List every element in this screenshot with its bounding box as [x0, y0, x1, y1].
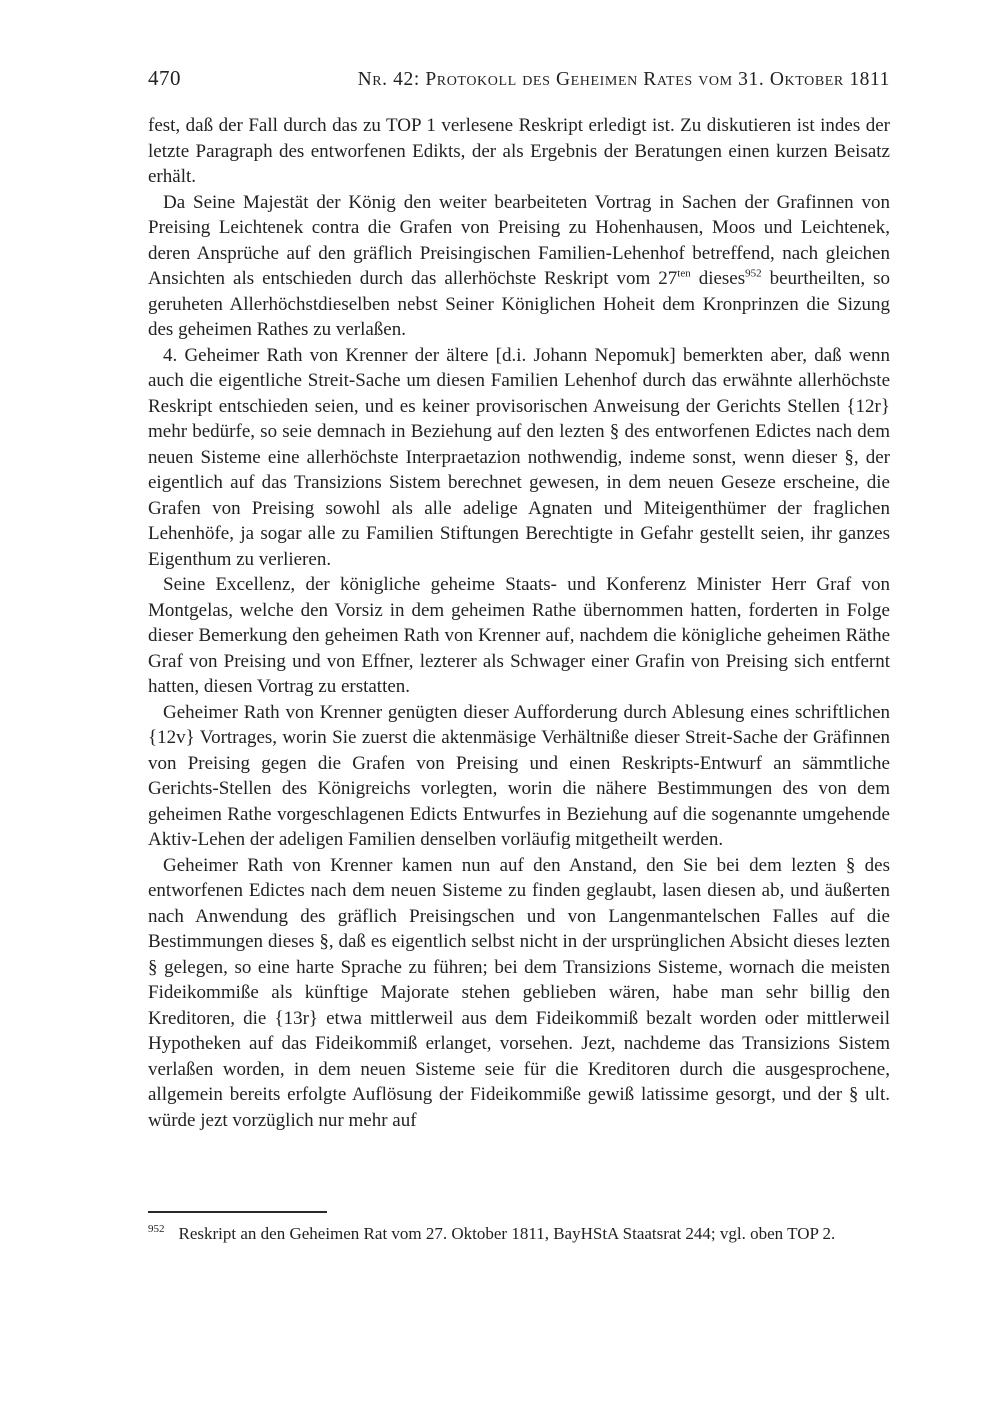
paragraph: Geheimer Rath von Krenner genügten diese… [148, 700, 890, 853]
footnote-marker: 952 [148, 1223, 165, 1235]
superscript-ordinal: ten [677, 268, 690, 280]
footnote-reference-952: 952 [745, 268, 762, 280]
paragraph-continuation: fest, daß der Fall durch das zu TOP 1 ve… [148, 113, 890, 190]
book-page: 470 Nr. 42: Protokoll des Geheimen Rates… [0, 0, 1004, 1418]
footnote: 952Reskript an den Geheimen Rat vom 27. … [148, 1223, 890, 1245]
paragraph: Da Seine Majestät der König den weiter b… [148, 190, 890, 343]
paragraph: Seine Excellenz, der königliche geheime … [148, 572, 890, 700]
paragraph-text: dieses [691, 268, 745, 289]
running-title: Nr. 42: Protokoll des Geheimen Rates vom… [358, 69, 890, 91]
paragraph: 4. Geheimer Rath von Krenner der ältere … [148, 343, 890, 573]
footnote-text: Reskript an den Geheimen Rat vom 27. Okt… [179, 1224, 836, 1243]
paragraph: Geheimer Rath von Krenner kamen nun auf … [148, 853, 890, 1134]
body-text-block: fest, daß der Fall durch das zu TOP 1 ve… [148, 113, 890, 1133]
running-head: 470 Nr. 42: Protokoll des Geheimen Rates… [148, 66, 890, 91]
footnote-area: 952Reskript an den Geheimen Rat vom 27. … [148, 1211, 890, 1245]
footnote-rule [148, 1211, 327, 1213]
page-number: 470 [148, 66, 181, 91]
